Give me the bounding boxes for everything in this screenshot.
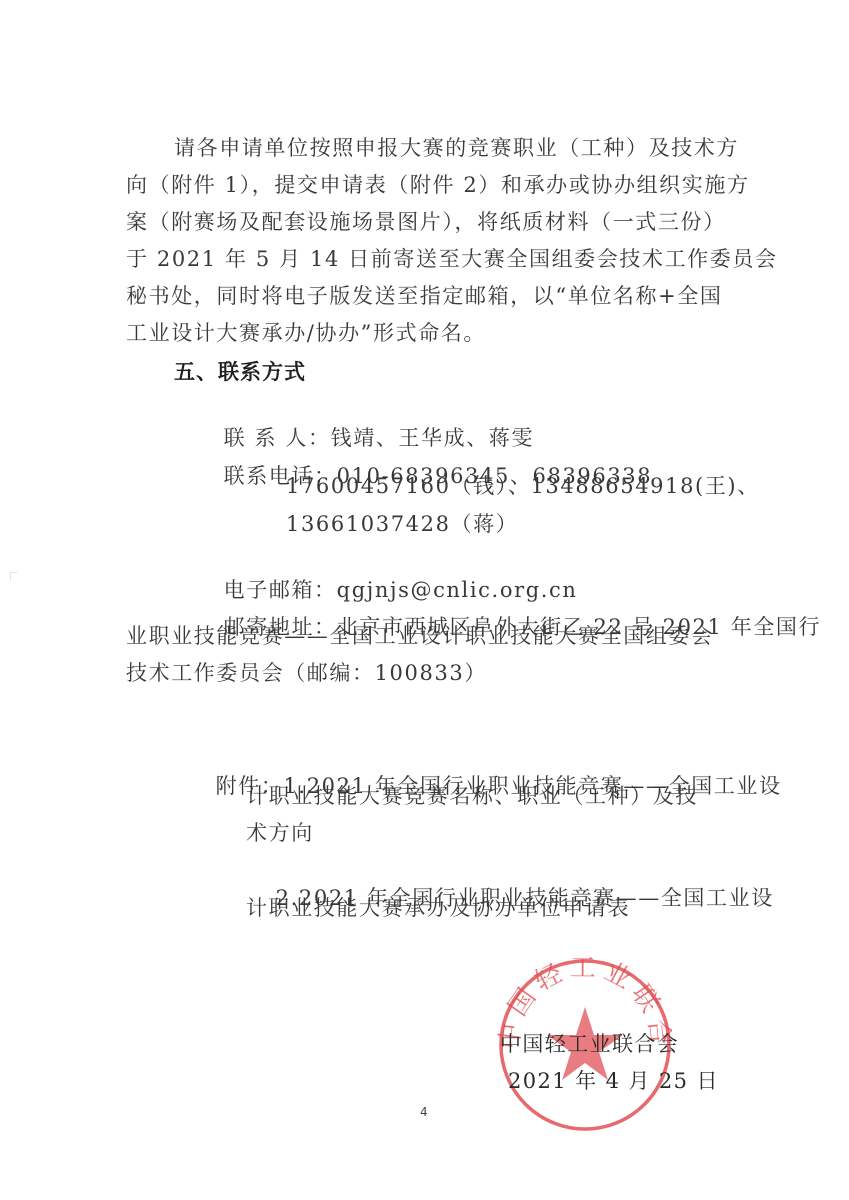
contact-phone-numbers: 17600457160（钱）、13488654918(王)、 [286,472,760,500]
document-page: 请各申请单位按照申报大赛的竞赛职业（工种）及技术方 向（附件 1），提交申请表（… [0,0,849,1200]
paragraph-line: 案（附赛场及配套设施场景图片），将纸质材料（一式三份） [126,208,726,236]
paragraph-line: 秘书处，同时将电子版发送至指定邮箱，以“单位名称+全国 [126,282,723,310]
paragraph-line: 请各申请单位按照申报大赛的竞赛职业（工种）及技术方 [174,134,739,162]
page-number: 4 [420,1105,428,1119]
paragraph-line: 于 2021 年 5 月 14 日前寄送至大赛全国组委会技术工作委员会 [126,245,778,273]
signing-date: 2021 年 4 月 25 日 [508,1067,719,1095]
contact-phone-numbers: 13661037428（蒋） [286,510,518,538]
section-heading: 五、联系方式 [174,358,306,386]
paragraph-line: 工业设计大赛承办/协办”形式命名。 [126,319,486,347]
attachment-title: 计职业技能大赛承办及协办单位申请表 [246,894,630,922]
paragraph-line: 向（附件 1），提交申请表（附件 2）和承办或协办组织实施方 [126,171,750,199]
attachment-title: 术方向 [246,819,314,847]
signing-organization: 中国轻工业联合会 [500,1030,679,1058]
contact-address-text: 业职业技能竞赛——全国工业设计职业技能大赛全国组委会 [126,622,714,650]
attachment-title: 计职业技能大赛竞赛名称、职业（工种）及技 [246,782,698,810]
scan-artifact [10,572,17,581]
contact-address-text: 技术工作委员会（邮编：100833） [126,659,487,687]
